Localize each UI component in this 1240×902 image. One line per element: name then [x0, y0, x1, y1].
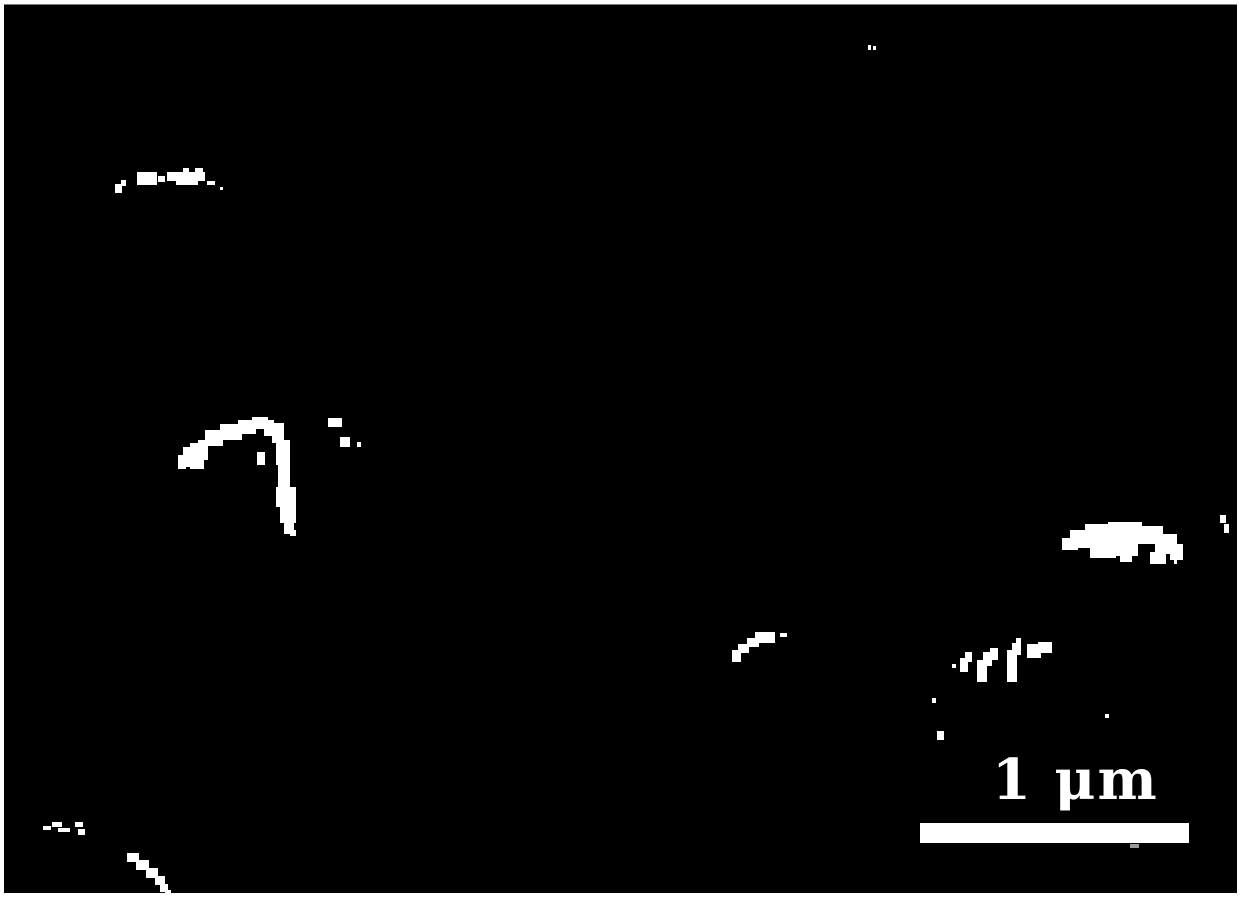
scale-bar-label: 1 μm [992, 752, 1132, 808]
scale-bar [920, 823, 1189, 843]
sem-micrograph: 1 μm [0, 0, 1240, 902]
top-border-line [4, 4, 1237, 5]
